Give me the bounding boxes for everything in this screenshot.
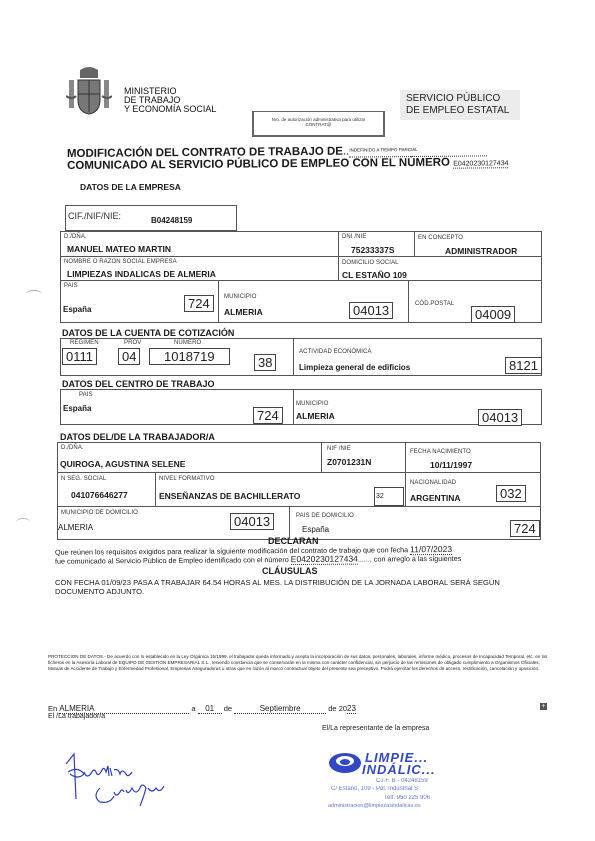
actividad-divider [293, 339, 294, 376]
proteccion-datos: PROTECCION DE DATOS.- De acuerdo con lo … [48, 654, 548, 673]
representante-firma-label: El/La representante de la empresa [322, 725, 429, 732]
firma-de: de [224, 704, 232, 713]
trab-paisdom-cell: PAIS DE DOMICILIO España 724 [290, 507, 541, 540]
domicilio-label: DOMICILIO SOCIAL [342, 260, 399, 266]
pais-cell: PAIS España 724 [61, 281, 219, 323]
numero-code: 1018719 [149, 348, 230, 365]
firma-a: a [191, 704, 195, 713]
regimen-code: 0111 [62, 348, 97, 365]
don-label: D./DÑA. [64, 234, 87, 240]
trab-paisdom-value: España [302, 525, 329, 534]
firma-dia: 01 [198, 704, 222, 714]
centro-pais-value: España [63, 404, 91, 413]
concepto-value: ADMINISTRADOR [445, 246, 517, 256]
cif-value: B04248159 [151, 216, 192, 225]
trabajador-block: D./DÑA. QUIROGA, AGUSTINA SELENE NIF /NI… [57, 442, 541, 540]
auth-box-contrat: CONTRAT@ [254, 122, 383, 127]
trab-don-label: D./DÑA. [61, 445, 84, 451]
stamp-email: administracion@limpiezasindalicas.es [328, 803, 421, 809]
company-stamp: LIMPIE... INDÁLIC... C.I.F. B - 04248159… [322, 748, 502, 828]
concepto-cell: EN CONCEPTO ADMINISTRADOR [415, 232, 542, 257]
section-cotizacion: DATOS DE LA CUENTA DE COTIZACIÓN [62, 328, 234, 338]
actividad-label: ACTIVIDAD ECONÓMICA [299, 349, 372, 355]
trab-nss-cell: N SEG. SOCIAL 041076646277 [58, 473, 156, 507]
trab-nss-label: N SEG. SOCIAL [61, 476, 106, 482]
cif-cell: CIF./NIF/NIE: B04248159 [65, 205, 237, 231]
actividad-value: Limpieza general de edificios [299, 363, 410, 372]
cp-cell: CÓD.POSTAL 04009 [409, 281, 542, 323]
trab-nac-cell: NACIONALIDAD ARGENTINA 032 [406, 473, 541, 507]
punch-hole-mark [16, 518, 30, 526]
stamp-address: C/ Estaño, 109 - Pol. Industrial S [331, 786, 418, 792]
regimen-label: RÉGIMEN [70, 340, 99, 346]
trab-muni-code: 04013 [230, 513, 274, 530]
trab-muni-value: ALMERIA [58, 523, 93, 532]
ministry-name: MINISTERIO DE TRABAJO Y ECONOMÍA SOCIAL [124, 87, 216, 114]
empresa-block: D./DÑA. MANUEL MATEO MARTIN DNI /NIE 752… [60, 231, 542, 323]
firma-en: En [48, 704, 57, 713]
municipio-code: 04013 [349, 302, 393, 319]
trab-nivel-label: NIVEL FORMATIVO [159, 476, 215, 482]
prov-code: 04 [118, 348, 140, 365]
actividad-code: 8121 [505, 357, 542, 374]
document-title: MODIFICACIÓN DEL CONTRATO DE TRABAJO DE.… [67, 143, 537, 174]
declaran-text-2: fue comunicado al Servicio Público de Em… [55, 555, 289, 566]
razon-label: NOMBRE O RAZON SOCIAL EMPRESA [64, 259, 177, 265]
trab-muni-label: MUNICIPIO DE DOMICILIO [61, 510, 138, 516]
title-line-2: COMUNICADO AL SERVICIO PÚBLICO DE EMPLEO… [67, 157, 450, 172]
contract-number: E0420230127434 [453, 160, 508, 168]
centro-municipio-code: 04013 [478, 409, 522, 426]
trab-nac-value: ARGENTINA [410, 493, 461, 503]
centro-pais-label: PAIS [79, 392, 93, 398]
trab-don-cell: D./DÑA. QUIROGA, AGUSTINA SELENE [58, 443, 322, 473]
centro-municipio-value: ALMERIA [296, 411, 335, 421]
trab-paisdom-label: PAIS DE DOMICILIO [296, 513, 354, 519]
trab-nivel-value: ENSEÑANZAS DE BACHILLERATO [159, 491, 300, 501]
firma-mes: Septiembre [234, 704, 326, 714]
punch-hole-mark [26, 290, 42, 298]
sepe-line-1: SERVICIO PÚBLICO [406, 93, 514, 105]
stamp-brand-2: INDÁLIC... [362, 762, 436, 777]
coat-of-arms-icon [66, 66, 112, 118]
cp-label: CÓD.POSTAL [415, 301, 454, 307]
stamp-cif: C.I.F. B - 04248159 [376, 778, 428, 784]
trab-nac-code: 032 [496, 485, 526, 502]
trab-paisdom-code: 724 [510, 520, 540, 537]
trab-fecha-value: 10/11/1997 [430, 460, 472, 470]
trab-fecha-cell: FECHA NACIMIENTO 10/11/1997 [406, 443, 541, 473]
section-trabajador: DATOS DEL/DE LA TRABAJADOR/A [60, 432, 215, 442]
municipio-value: ALMERIA [224, 307, 263, 317]
dni-label: DNI /NIE [342, 234, 366, 240]
trab-nivel-code: 32 [374, 487, 404, 506]
declaran-text-3: con arreglo a las siguientes [374, 554, 462, 564]
pais-code: 724 [184, 295, 214, 312]
ministry-line-3: Y ECONOMÍA SOCIAL [124, 105, 216, 114]
cp-code: 04009 [471, 306, 515, 323]
don-cell: D./DÑA. MANUEL MATEO MARTIN [61, 232, 339, 257]
centro-pais-code: 724 [253, 407, 283, 424]
razon-value: LIMPIEZAS INDALICAS DE ALMERIA [67, 269, 216, 279]
trab-nif-value: Z0701231N [327, 457, 371, 467]
trab-nif-label: NIF /NIE [327, 446, 351, 452]
contract-type: INDEFINIDO A TIEMPO PARCIAL [349, 143, 487, 157]
prov-label: PROV [124, 340, 141, 346]
centro-divider [293, 390, 294, 425]
centro-block: PAIS España 724 MUNICIPIO ALMERIA 04013 [60, 389, 542, 425]
declaran-heading: DECLARAN [268, 536, 319, 546]
trab-don-value: QUIROGA, AGUSTINA SELENE [60, 459, 185, 469]
concepto-label: EN CONCEPTO [418, 235, 463, 241]
worker-signature [62, 752, 192, 812]
don-value: MANUEL MATEO MARTIN [67, 244, 171, 254]
cotizacion-block: RÉGIMEN 0111 PROV 04 NUMERO 1018719 38 A… [60, 338, 542, 376]
stamp-phone: Telf. 950 225 906 [384, 795, 430, 801]
trab-fecha-label: FECHA NACIMIENTO [410, 449, 471, 455]
dni-value: 75233337S [351, 245, 395, 255]
clausulas-text: CON FECHA 01/09/23 PASA A TRABAJAR 64.54… [55, 578, 510, 596]
pais-label: PAIS [64, 283, 78, 289]
domicilio-cell: DOMICILIO SOCIAL CL ESTAÑO 109 [339, 257, 542, 281]
numero-label: NUMERO [174, 340, 201, 346]
razon-cell: NOMBRE O RAZON SOCIAL EMPRESA LIMPIEZAS … [61, 257, 339, 281]
dni-cell: DNI /NIE 75233337S [339, 232, 415, 257]
clausulas-heading: CLÁUSULAS [262, 566, 318, 576]
trab-nac-label: NACIONALIDAD [410, 480, 456, 486]
company-logo-icon [328, 752, 362, 774]
municipio-label: MUNICIPIO [224, 294, 257, 300]
firma-anio: 23 [347, 704, 356, 714]
trabajador-firma-label: El /La trabajador/a [48, 713, 105, 720]
declaran-text: Que reúnen los requisitos exigidos para … [55, 544, 545, 565]
section-empresa: DATOS DE LA EMPRESA [80, 182, 181, 192]
pais-value: España [63, 305, 91, 314]
trab-nivel-cell: NIVEL FORMATIVO ENSEÑANZAS DE BACHILLERA… [156, 473, 406, 507]
firma-de20: de 20 [328, 704, 347, 713]
declaran-numero: E0420230127434 [291, 554, 358, 565]
trab-nif-cell: NIF /NIE Z0701231N [322, 443, 406, 473]
sepe-logo: SERVICIO PÚBLICO DE EMPLEO ESTATAL [400, 90, 520, 120]
domicilio-value: CL ESTAÑO 109 [342, 270, 407, 280]
centro-municipio-label: MUNICIPIO [296, 401, 329, 407]
municipio-cell: MUNICIPIO ALMERIA 04013 [219, 281, 409, 323]
trab-muni-cell: MUNICIPIO DE DOMICILIO ALMERIA 04013 [58, 507, 290, 540]
sepe-line-2: DE EMPLEO ESTATAL [406, 105, 514, 117]
trab-nss-value: 041076646277 [71, 490, 128, 500]
cif-label: CIF./NIF/NIE: [68, 211, 121, 221]
authorization-box: Nro. de autorización administrativa para… [252, 111, 385, 137]
expand-icon[interactable]: + [540, 703, 547, 710]
section-centro: DATOS DEL CENTRO DE TRABAJO [62, 379, 215, 389]
dc-code: 38 [254, 354, 276, 371]
